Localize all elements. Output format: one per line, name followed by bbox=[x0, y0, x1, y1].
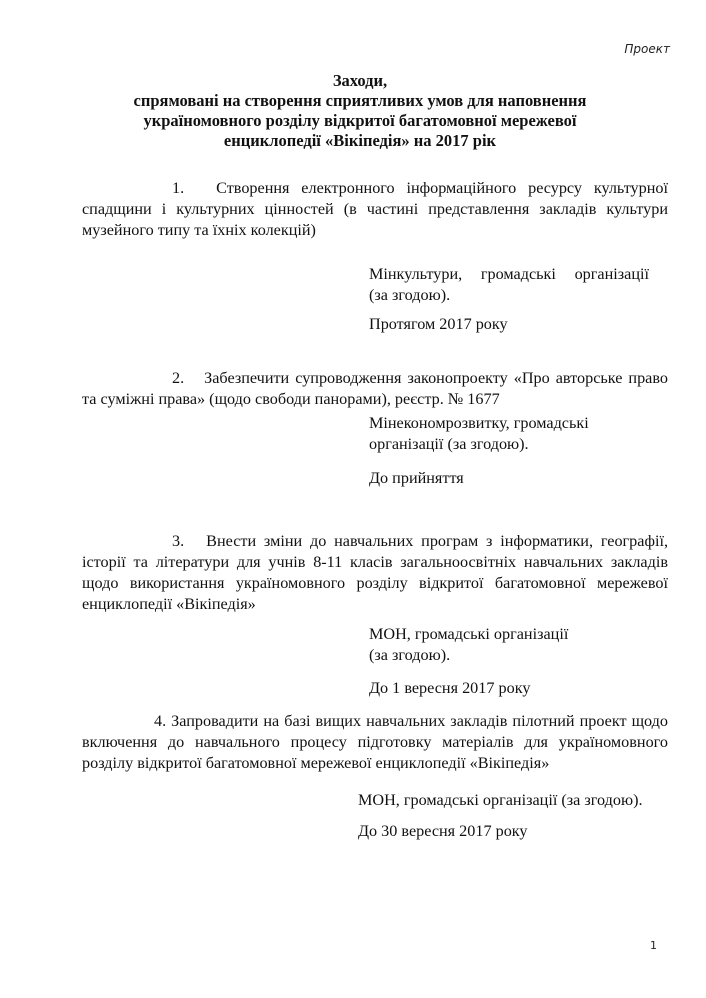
item-4-text: 4. Запровадити на базі вищих навчальних … bbox=[82, 711, 668, 774]
item-2-deadline: До прийняття bbox=[369, 468, 464, 489]
item-2-responsible: Мінекономрозвитку, громадські організаці… bbox=[369, 413, 589, 455]
title-line: енциклопедії «Вікіпедія» на 2017 рік bbox=[100, 131, 620, 151]
item-3-responsible: МОН, громадські організації (за згодою). bbox=[369, 624, 568, 666]
item-description: Запровадити на базі вищих навчальних зак… bbox=[82, 712, 668, 772]
responsible-line: (за згодою). bbox=[369, 645, 568, 666]
responsible-line: організації (за згодою). bbox=[369, 434, 589, 455]
item-2-text: 2.Забезпечити супроводження законопроект… bbox=[82, 368, 668, 410]
responsible-line: Мінкультури, громадські організації bbox=[369, 264, 649, 285]
item-1-deadline: Протягом 2017 року bbox=[369, 314, 508, 335]
title-line: спрямовані на створення сприятливих умов… bbox=[100, 91, 620, 111]
item-1-text: 1.Створення електронного інформаційного … bbox=[82, 178, 668, 241]
item-number: 2. bbox=[127, 368, 184, 389]
item-3-text: 3.Внести зміни до навчальних програм з і… bbox=[82, 531, 668, 615]
responsible-line: Мінекономрозвитку, громадські bbox=[369, 413, 589, 434]
responsible-line: МОН, громадські організації (за згодою). bbox=[358, 790, 643, 811]
item-number: 4. bbox=[118, 711, 166, 732]
responsible-line: (за згодою). bbox=[369, 285, 649, 306]
item-3-deadline: До 1 вересня 2017 року bbox=[369, 678, 530, 699]
item-1-responsible: Мінкультури, громадські організації (за … bbox=[369, 264, 649, 306]
responsible-line: МОН, громадські організації bbox=[369, 624, 568, 645]
item-4-responsible: МОН, громадські організації (за згодою). bbox=[358, 790, 643, 811]
document-title: Заходи, спрямовані на створення сприятли… bbox=[100, 71, 620, 151]
document-page: Проект Заходи, спрямовані на створення с… bbox=[0, 0, 706, 998]
item-number: 1. bbox=[127, 178, 184, 199]
title-line: україномовного розділу відкритої багатом… bbox=[100, 111, 620, 131]
title-line: Заходи, bbox=[100, 71, 620, 91]
page-number: 1 bbox=[650, 939, 657, 952]
item-4-deadline: До 30 вересня 2017 року bbox=[358, 821, 528, 842]
item-number: 3. bbox=[127, 531, 184, 552]
draft-label: Проект bbox=[624, 42, 670, 56]
